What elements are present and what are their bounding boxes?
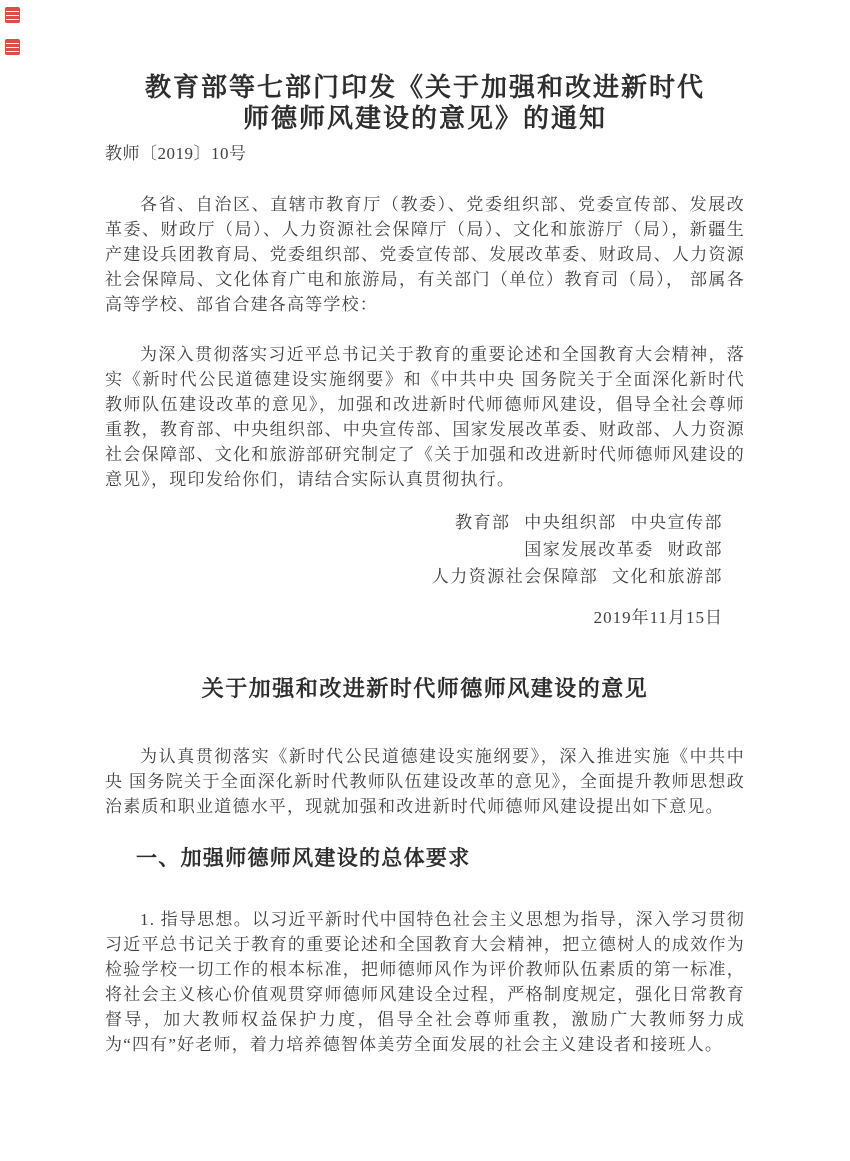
red-stamp-icon xyxy=(5,39,20,55)
signature-line-3: 人力资源社会保障部 文化和旅游部 xyxy=(105,563,723,590)
red-stamp-icon xyxy=(5,7,20,23)
document-number: 教师〔2019〕10号 xyxy=(105,143,745,164)
notice-title-line-1: 教育部等七部门印发《关于加强和改进新时代 xyxy=(105,72,745,103)
opinion-section1-para1: 1. 指导思想。以习近平新时代中国特色社会主义思想为指导，深入学习贯彻习近平总书… xyxy=(105,907,745,1057)
document-page: 教育部等七部门印发《关于加强和改进新时代 师德师风建设的意见》的通知 教师〔20… xyxy=(0,0,850,1161)
opinion-title: 关于加强和改进新时代师德师风建设的意见 xyxy=(105,676,745,702)
section-1-heading: 一、加强师德师风建设的总体要求 xyxy=(105,845,745,871)
document-content: 教育部等七部门印发《关于加强和改进新时代 师德师风建设的意见》的通知 教师〔20… xyxy=(105,0,745,1057)
notice-title: 教育部等七部门印发《关于加强和改进新时代 师德师风建设的意见》的通知 xyxy=(105,0,745,134)
notice-recipients: 各省、自治区、直辖市教育厅（教委）、党委组织部、党委宣传部、发展改革委、财政厅（… xyxy=(105,192,745,317)
issue-date: 2019年11月15日 xyxy=(105,607,745,628)
signature-line-2: 国家发展改革委 财政部 xyxy=(105,536,723,563)
notice-title-line-2: 师德师风建设的意见》的通知 xyxy=(105,103,745,134)
opinion-intro: 为认真贯彻落实《新时代公民道德建设实施纲要》，深入推进实施《中共中央 国务院关于… xyxy=(105,744,745,819)
signature-line-1: 教育部 中央组织部 中央宣传部 xyxy=(105,509,723,536)
signature-block: 教育部 中央组织部 中央宣传部 国家发展改革委 财政部 人力资源社会保障部 文化… xyxy=(105,509,745,590)
notice-body: 为深入贯彻落实习近平总书记关于教育的重要论述和全国教育大会精神，落实《新时代公民… xyxy=(105,342,745,492)
